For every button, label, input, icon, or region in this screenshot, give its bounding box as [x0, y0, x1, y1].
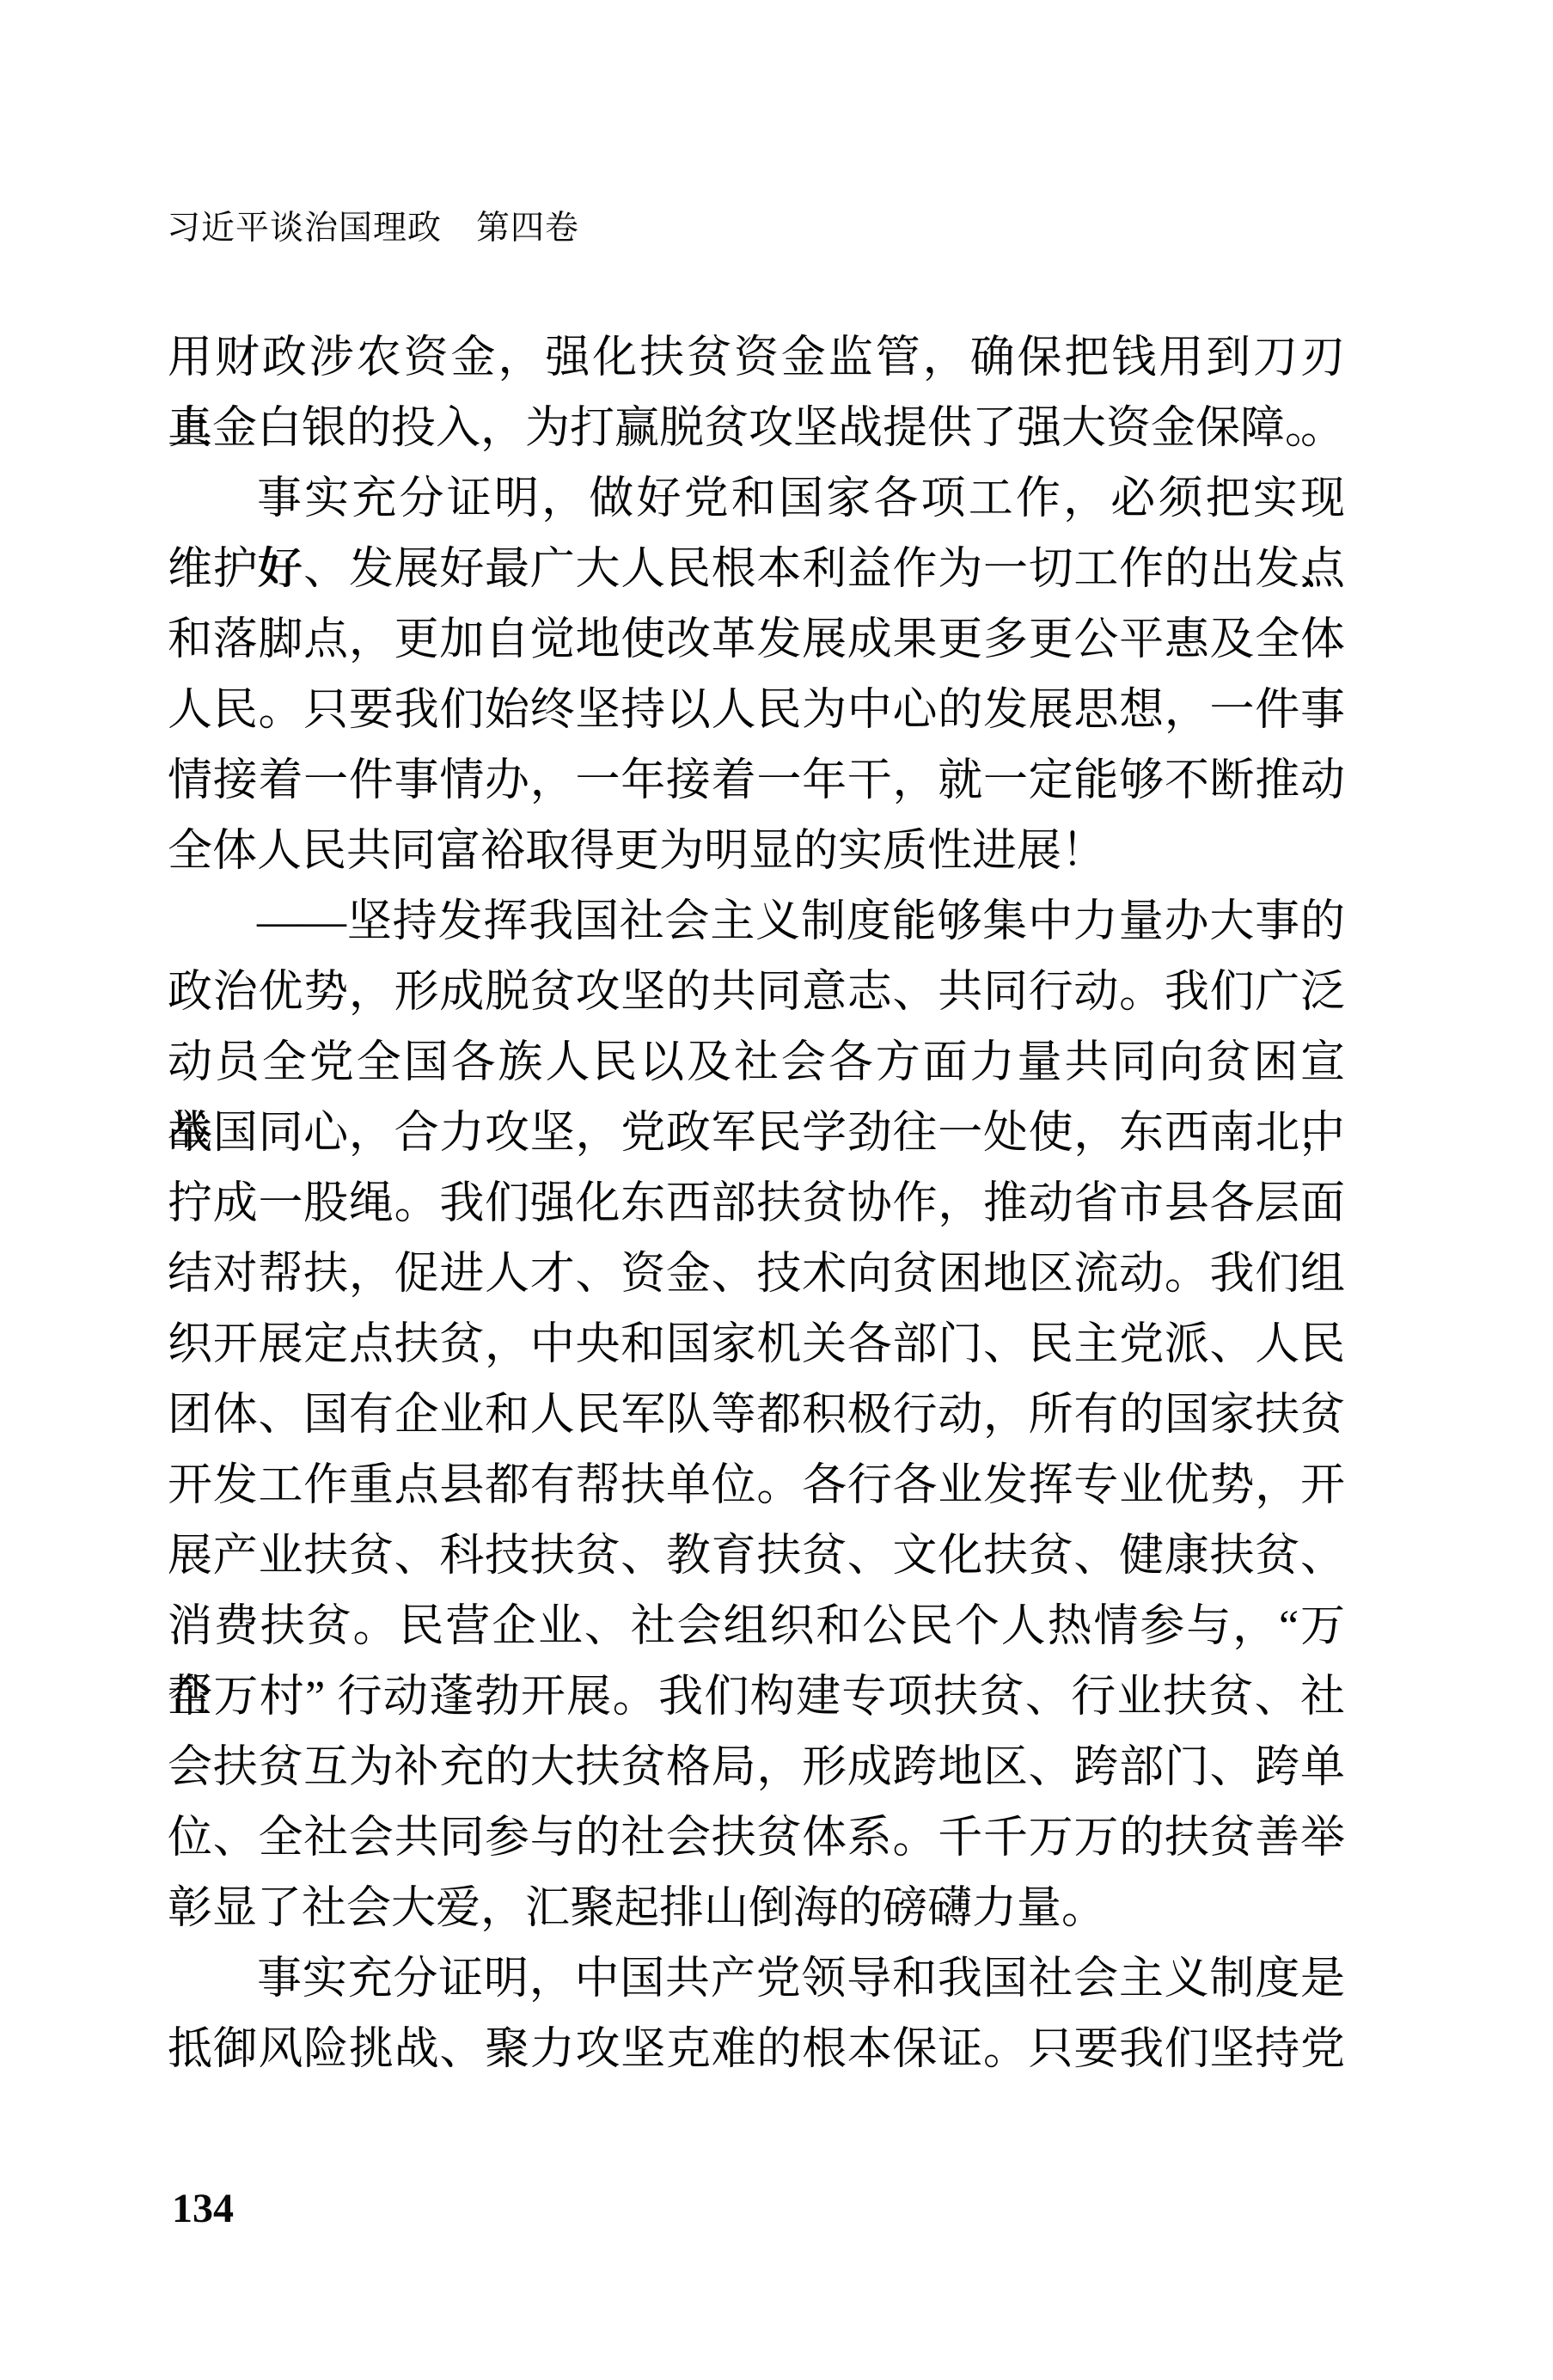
text-line: ——坚持发挥我国社会主义制度能够集中力量办大事的: [168, 887, 1345, 958]
text-line: 拧成一股绳。我们强化东西部扶贫协作，推动省市县各层面: [168, 1169, 1345, 1239]
page-body: 用财政涉农资金，强化扶贫资金监管，确保把钱用到刀刃上。 真金白银的投入，为打赢脱…: [168, 323, 1345, 2085]
text-line: 消费扶贫。民营企业、社会组织和公民个人热情参与，“万企: [168, 1592, 1345, 1662]
running-header: 习近平谈治国理政 第四卷: [167, 209, 1353, 248]
text-line: 和落脚点，更加自觉地使改革发展成果更多更公平惠及全体: [168, 605, 1345, 676]
text-line: 展产业扶贫、科技扶贫、教育扶贫、文化扶贫、健康扶贫、: [168, 1521, 1345, 1592]
text-line: 事实充分证明，中国共产党领导和我国社会主义制度是: [168, 1944, 1345, 2015]
text-line: 帮万村” 行动蓬勃开展。我们构建专项扶贫、行业扶贫、社: [168, 1662, 1345, 1733]
text-line: 织开展定点扶贫，中央和国家机关各部门、民主党派、人民: [168, 1310, 1345, 1380]
text-line: 事实充分证明，做好党和国家各项工作，必须把实现好、: [168, 464, 1345, 535]
text-line: 真金白银的投入，为打赢脱贫攻坚战提供了强大资金保障。: [168, 394, 1345, 464]
page-number: 134: [172, 2185, 234, 2232]
book-page: 习近平谈治国理政 第四卷 用财政涉农资金，强化扶贫资金监管，确保把钱用到刀刃上。…: [0, 0, 1553, 2380]
text-line: 维护好、发展好最广大人民根本利益作为一切工作的出发点: [168, 535, 1345, 605]
text-line: 会扶贫互为补充的大扶贫格局，形成跨地区、跨部门、跨单: [168, 1733, 1345, 1803]
text-line: 动员全党全国各族人民以及社会各方面力量共同向贫困宣战，: [168, 1028, 1345, 1098]
text-line: 情接着一件事情办，一年接着一年干，就一定能够不断推动: [168, 746, 1345, 817]
text-line: 结对帮扶，促进人才、资金、技术向贫困地区流动。我们组: [168, 1239, 1345, 1310]
text-line: 举国同心，合力攻坚，党政军民学劲往一处使，东西南北中: [168, 1098, 1345, 1169]
text-line: 开发工作重点县都有帮扶单位。各行各业发挥专业优势，开: [168, 1451, 1345, 1521]
text-line: 彰显了社会大爱，汇聚起排山倒海的磅礴力量。: [168, 1874, 1345, 1944]
text-line: 用财政涉农资金，强化扶贫资金监管，确保把钱用到刀刃上。: [168, 323, 1345, 394]
text-line: 团体、国有企业和人民军队等都积极行动，所有的国家扶贫: [168, 1380, 1345, 1451]
text-line: 全体人民共同富裕取得更为明显的实质性进展！: [168, 817, 1345, 887]
text-line: 位、全社会共同参与的社会扶贫体系。千千万万的扶贫善举: [168, 1803, 1345, 1874]
text-line: 政治优势，形成脱贫攻坚的共同意志、共同行动。我们广泛: [168, 958, 1345, 1028]
text-line: 人民。只要我们始终坚持以人民为中心的发展思想，一件事: [168, 676, 1345, 746]
text-line: 抵御风险挑战、聚力攻坚克难的根本保证。只要我们坚持党: [168, 2015, 1345, 2085]
